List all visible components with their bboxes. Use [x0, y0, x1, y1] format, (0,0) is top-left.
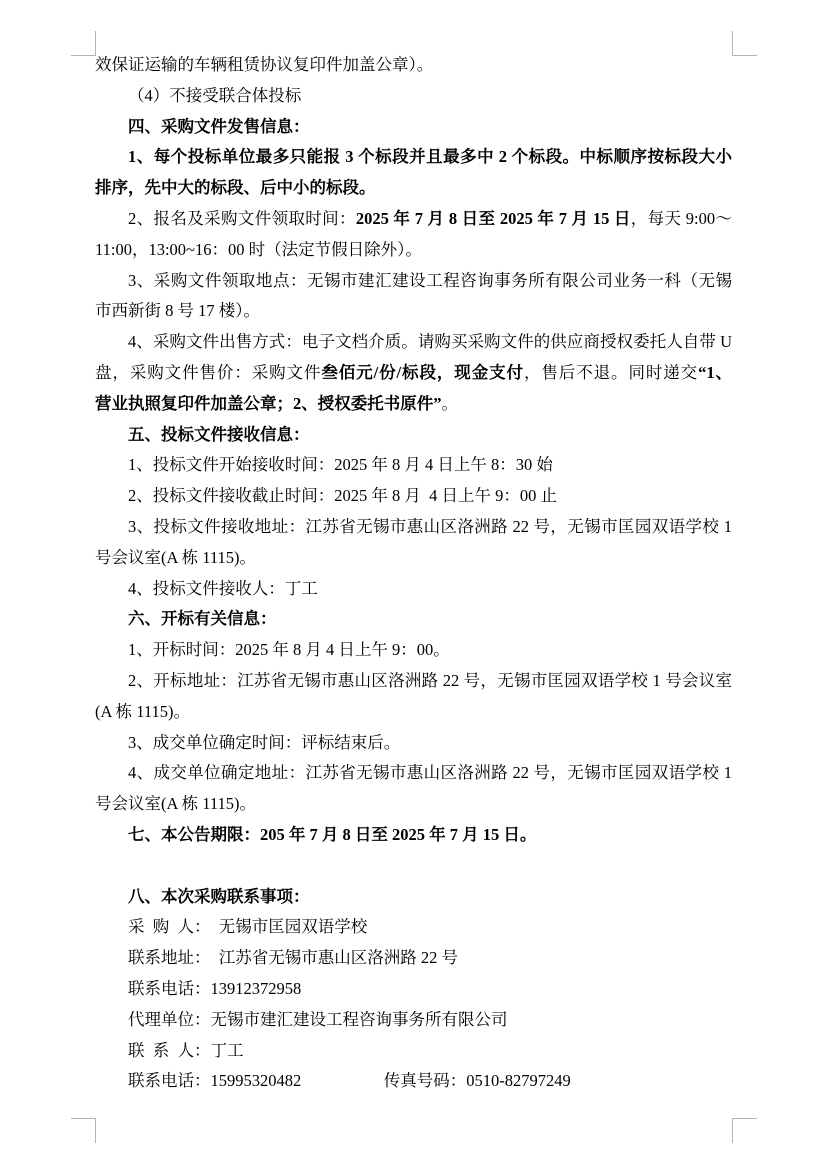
- document-line: 营业执照复印件加盖公章；2、授权委托书原件”。: [95, 389, 732, 420]
- margin-crop-mark-top-right: [732, 31, 757, 56]
- text-run: ，每天 9:00～: [631, 209, 732, 228]
- section-7-heading: 七、本公告期限：205 年 7 月 8 日至 2025 年 7 月 15 日。: [95, 820, 732, 851]
- section-6-heading: 六、开标有关信息：: [95, 604, 732, 635]
- text-run: 。: [442, 394, 459, 413]
- contact-person-line: 联 系 人：丁工: [95, 1036, 732, 1067]
- document-line: 效保证运输的车辆租赁协议复印件加盖公章）。: [95, 50, 732, 81]
- document-line: 3、投标文件接收地址：江苏省无锡市惠山区洛洲路 22 号，无锡市匡园双语学校 1: [95, 512, 732, 543]
- document-line: 3、成交单位确定时间：评标结束后。: [95, 728, 732, 759]
- document-line: 2、开标地址：江苏省无锡市惠山区洛洲路 22 号，无锡市匡园双语学校 1 号会议…: [95, 666, 732, 697]
- document-line: 号会议室(A 栋 1115)。: [95, 543, 732, 574]
- document-page: 效保证运输的车辆租赁协议复印件加盖公章）。（4）不接受联合体投标四、采购文件发售…: [0, 0, 826, 1173]
- text-run: 采 购 人： 无锡市匡园双语学校: [128, 917, 367, 936]
- document-line: 1、开标时间：2025 年 8 月 4 日上午 9：00。: [95, 635, 732, 666]
- text-run: ，售后不退。同时递交: [524, 363, 698, 382]
- margin-crop-mark-bottom-left: [71, 1118, 96, 1143]
- text-run: 1、投标文件开始接收时间：2025 年 8 月 4 日上午 8：30 始: [128, 455, 553, 474]
- document-line: （4）不接受联合体投标: [95, 81, 732, 112]
- text-run: 效保证运输的车辆租赁协议复印件加盖公章）。: [95, 55, 433, 74]
- document-line: 1、投标文件开始接收时间：2025 年 8 月 4 日上午 8：30 始: [95, 450, 732, 481]
- text-run: 3、投标文件接收地址：江苏省无锡市惠山区洛洲路 22 号，无锡市匡园双语学校 1: [128, 517, 732, 536]
- document-line: 1、每个投标单位最多只能报 3 个标段并且最多中 2 个标段。中标顺序按标段大小: [95, 142, 732, 173]
- document-line: 市西新街 8 号 17 楼）。: [95, 296, 732, 327]
- text-run: 联系电话：13912372958: [128, 979, 301, 998]
- section-8-heading: 八、本次采购联系事项：: [95, 882, 732, 913]
- section-4-heading: 四、采购文件发售信息：: [95, 112, 732, 143]
- agency-phone-fax-line: 联系电话：15995320482 传真号码：0510-82797249: [95, 1066, 732, 1097]
- document-line: 4、成交单位确定地址：江苏省无锡市惠山区洛洲路 22 号，无锡市匡园双语学校 1: [95, 758, 732, 789]
- margin-crop-mark-bottom-right: [732, 1118, 757, 1143]
- text-run: 联系地址： 江苏省无锡市惠山区洛洲路 22 号: [128, 948, 458, 967]
- text-run: 联 系 人：丁工: [128, 1041, 244, 1060]
- text-run: 号会议室(A 栋 1115)。: [95, 548, 256, 567]
- text-run: 3、采购文件领取地点：无锡市建汇建设工程咨询事务所有限公司业务一科（无锡: [128, 271, 732, 290]
- document-line: 盘，采购文件售价：采购文件叁佰元/份/标段，现金支付，售后不退。同时递交“1、: [95, 358, 732, 389]
- bold-text-run: 四、采购文件发售信息：: [128, 117, 310, 136]
- text-run: 11:00，13:00~16：00 时（法定节假日除外）。: [95, 240, 422, 259]
- document-line: 4、投标文件接收人：丁工: [95, 574, 732, 605]
- bold-text-run: 叁佰元/份/标段，现金支付: [321, 363, 524, 382]
- text-run: 2、开标地址：江苏省无锡市惠山区洛洲路 22 号，无锡市匡园双语学校 1 号会议…: [128, 671, 732, 690]
- text-run: 2、投标文件接收截止时间：2025 年 8 月 4 日上午 9：00 止: [128, 486, 557, 505]
- text-run: 代理单位：无锡市建汇建设工程咨询事务所有限公司: [128, 1010, 508, 1029]
- agency-line: 代理单位：无锡市建汇建设工程咨询事务所有限公司: [95, 1005, 732, 1036]
- document-line: 4、采购文件出售方式：电子文档介质。请购买采购文件的供应商授权委托人自带 U: [95, 327, 732, 358]
- text-run: 4、成交单位确定地址：江苏省无锡市惠山区洛洲路 22 号，无锡市匡园双语学校 1: [128, 763, 732, 782]
- text-run: 号会议室(A 栋 1115)。: [95, 794, 256, 813]
- text-run: 4、采购文件出售方式：电子文档介质。请购买采购文件的供应商授权委托人自带 U: [128, 332, 732, 351]
- document-line: 2、报名及采购文件领取时间：2025 年 7 月 8 日至 2025 年 7 月…: [95, 204, 732, 235]
- margin-crop-mark-top-left: [71, 31, 96, 56]
- text-run: 联系电话：15995320482: [128, 1071, 301, 1090]
- document-line: [95, 851, 732, 882]
- document-line: 11:00，13:00~16：00 时（法定节假日除外）。: [95, 235, 732, 266]
- bold-text-run: 七、本公告期限：205 年 7 月 8 日至 2025 年 7 月 15 日。: [128, 825, 536, 844]
- text-run: 市西新街 8 号 17 楼）。: [95, 301, 260, 320]
- text-run: (A 栋 1115)。: [95, 702, 190, 721]
- document-line: 3、采购文件领取地点：无锡市建汇建设工程咨询事务所有限公司业务一科（无锡: [95, 266, 732, 297]
- bold-text-run: 排序，先中大的标段、后中小的标段。: [95, 178, 376, 197]
- bold-text-run: 六、开标有关信息：: [128, 609, 277, 628]
- bold-text-run: 八、本次采购联系事项：: [128, 887, 310, 906]
- contact-address-line: 联系地址： 江苏省无锡市惠山区洛洲路 22 号: [95, 943, 732, 974]
- text-run: 盘，采购文件售价：采购文件: [95, 363, 321, 382]
- contact-phone-line: 联系电话：13912372958: [95, 974, 732, 1005]
- text-run: 传真号码：0510-82797249: [384, 1071, 571, 1090]
- document-line: 号会议室(A 栋 1115)。: [95, 789, 732, 820]
- bold-text-run: “1、: [698, 363, 732, 382]
- bold-text-run: 营业执照复印件加盖公章；2、授权委托书原件”: [95, 394, 442, 413]
- document-line: (A 栋 1115)。: [95, 697, 732, 728]
- text-run: 3、成交单位确定时间：评标结束后。: [128, 733, 400, 752]
- text-run: [301, 1071, 384, 1090]
- section-5-heading: 五、投标文件接收信息：: [95, 420, 732, 451]
- purchaser-line: 采 购 人： 无锡市匡园双语学校: [95, 912, 732, 943]
- document-line: 排序，先中大的标段、后中小的标段。: [95, 173, 732, 204]
- text-run: （4）不接受联合体投标: [128, 86, 301, 105]
- document-line: 2、投标文件接收截止时间：2025 年 8 月 4 日上午 9：00 止: [95, 481, 732, 512]
- text-run: 2、报名及采购文件领取时间：: [128, 209, 356, 228]
- text-run: 4、投标文件接收人：丁工: [128, 579, 318, 598]
- document-content: 效保证运输的车辆租赁协议复印件加盖公章）。（4）不接受联合体投标四、采购文件发售…: [95, 50, 732, 1097]
- text-run: 1、开标时间：2025 年 8 月 4 日上午 9：00。: [128, 640, 450, 659]
- bold-text-run: 2025 年 7 月 8 日至 2025 年 7 月 15 日: [356, 209, 631, 228]
- bold-text-run: 1、每个投标单位最多只能报 3 个标段并且最多中 2 个标段。中标顺序按标段大小: [128, 147, 732, 166]
- bold-text-run: 五、投标文件接收信息：: [128, 425, 310, 444]
